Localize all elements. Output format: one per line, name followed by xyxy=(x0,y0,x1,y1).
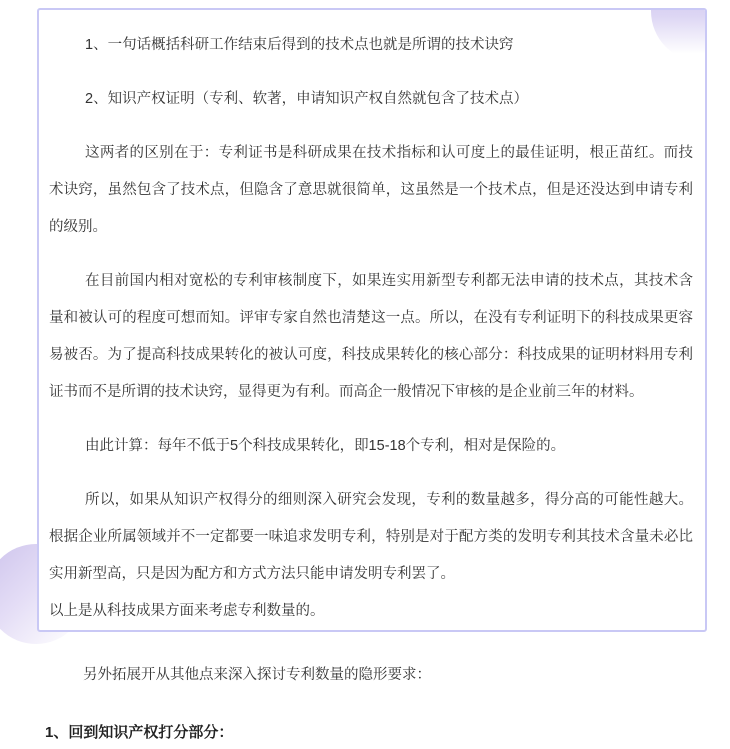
article-page: { "page": { "background_color": "#ffffff… xyxy=(0,0,730,749)
content-card: 1、一句话概括科研工作结束后得到的技术点也就是所谓的技术诀窍2、知识产权证明（专… xyxy=(37,8,707,632)
paragraph: 1、一句话概括科研工作结束后得到的技术点也就是所谓的技术诀窍 xyxy=(49,27,693,64)
paragraph: 2、知识产权证明（专利、软著，申请知识产权自然就包含了技术点） xyxy=(49,81,693,118)
card-paragraphs: 1、一句话概括科研工作结束后得到的技术点也就是所谓的技术诀窍2、知识产权证明（专… xyxy=(49,27,693,630)
paragraph: 以上是从科技成果方面来考虑专利数量的。 xyxy=(49,593,693,630)
paragraph: 所以，如果从知识产权得分的细则深入研究会发现，专利的数量越多，得分高的可能性越大… xyxy=(49,482,693,593)
followup-paragraph: 另外拓展开从其他点来深入探讨专利数量的隐形要求： xyxy=(45,657,693,694)
paragraph: 这两者的区别在于：专利证书是科研成果在技术指标和认可度上的最佳证明，根正苗红。而… xyxy=(49,135,693,246)
paragraph: 在目前国内相对宽松的专利审核制度下，如果连实用新型专利都无法申请的技术点，其技术… xyxy=(49,263,693,411)
section-heading: 1、回到知识产权打分部分： xyxy=(45,723,693,743)
below-card-section: 另外拓展开从其他点来深入探讨专利数量的隐形要求： 1、回到知识产权打分部分： xyxy=(45,631,693,743)
paragraph: 由此计算：每年不低于5个科技成果转化，即15-18个专利，相对是保险的。 xyxy=(49,428,693,465)
